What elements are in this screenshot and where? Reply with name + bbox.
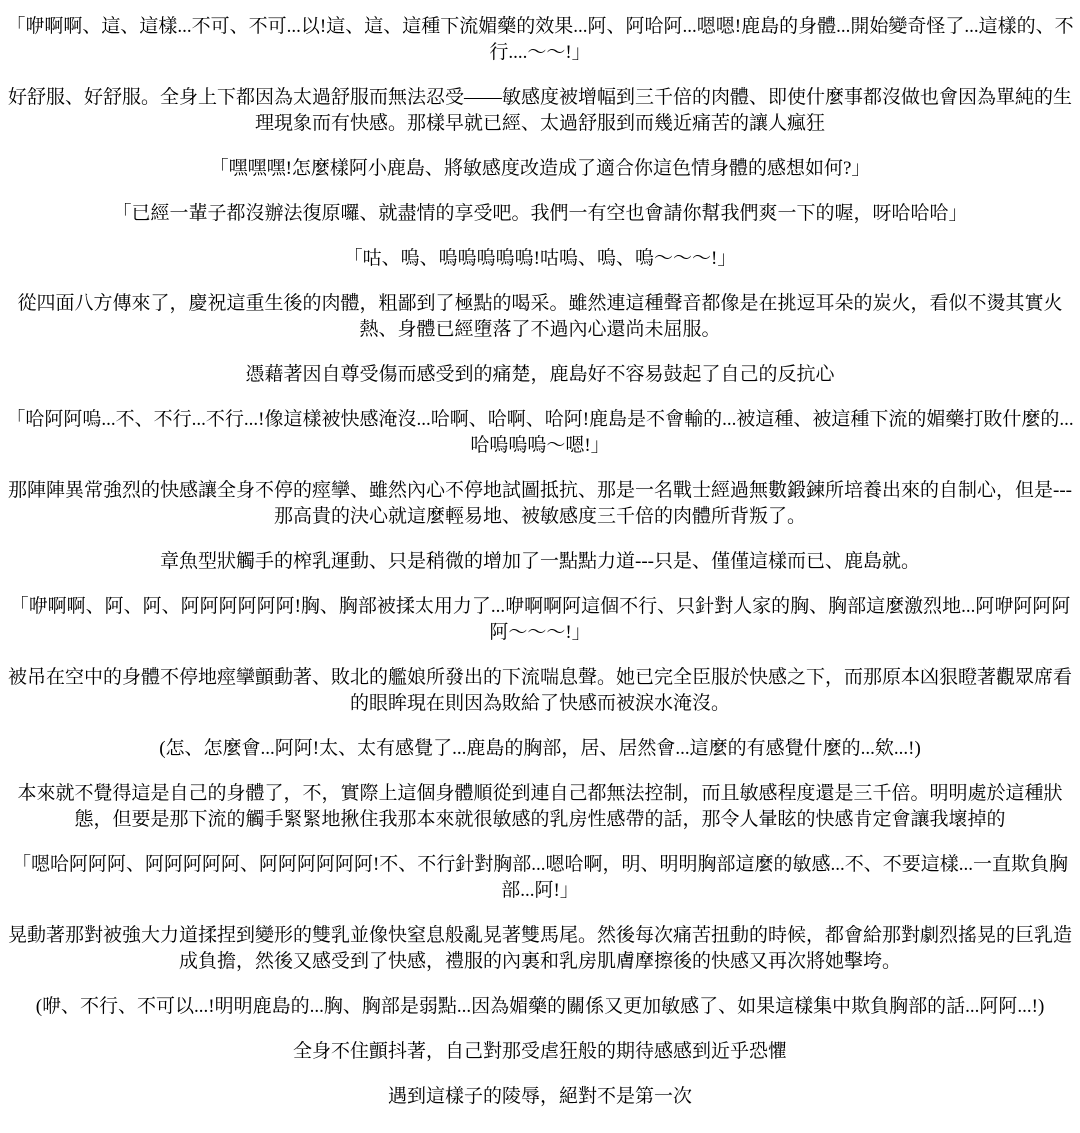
paragraph: 憑藉著因自尊受傷而感受到的痛楚，鹿島好不容易鼓起了自己的反抗心 [6,362,1074,388]
paragraph: 遇到這樣子的陵辱，絕對不是第一次 [6,1084,1074,1110]
paragraph: 「已經一輩子都沒辦法復原囉、就盡情的享受吧。我們一有空也會請你幫我們爽一下的喔，… [6,201,1074,227]
paragraph: (怎、怎麼會...阿阿!太、太有感覺了...鹿島的胸部，居、居然會...這麼的有… [6,736,1074,762]
paragraph: (咿、不行、不可以...!明明鹿島的...胸、胸部是弱點...因為媚藥的關係又更… [6,994,1074,1020]
paragraph: 從四面八方傳來了，慶祝這重生後的肉體，粗鄙到了極點的喝采。雖然連這種聲音都像是在… [6,291,1074,343]
paragraph: 「咕、嗚、嗚嗚嗚嗚嗚!咕嗚、嗚、嗚～～～!」 [6,246,1074,272]
paragraph: 被吊在空中的身體不停地痙攣顫動著、敗北的艦娘所發出的下流喘息聲。她已完全臣服於快… [6,665,1074,717]
paragraph: 好舒服、好舒服。全身上下都因為太過舒服而無法忍受——敏感度被增幅到三千倍的肉體、… [6,85,1074,137]
paragraph: 本來就不覺得這是自己的身體了，不，實際上這個身體順從到連自己都無法控制，而且敏感… [6,781,1074,833]
paragraph: 「哈阿阿嗚...不、不行...不行...!像這樣被快感淹沒...哈啊、哈啊、哈阿… [6,407,1074,459]
paragraph: 「咿啊啊、這、這樣...不可、不可...以!這、這、這種下流媚藥的效果...阿、… [6,14,1074,66]
paragraph: 「嗯哈阿阿阿、阿阿阿阿阿、阿阿阿阿阿阿!不、不行針對胸部...嗯哈啊，明、明明胸… [6,852,1074,904]
document-page: 「咿啊啊、這、這樣...不可、不可...以!這、這、這種下流媚藥的效果...阿、… [0,0,1080,1133]
paragraph: 那陣陣異常強烈的快感讓全身不停的痙攣、雖然內心不停地試圖抵抗、那是一名戰士經過無… [6,478,1074,530]
paragraph: 晃動著那對被強大力道揉捏到變形的雙乳並像快窒息般亂晃著雙馬尾。然後每次痛苦扭動的… [6,923,1074,975]
paragraph: 「嘿嘿嘿!怎麼樣阿小鹿島、將敏感度改造成了適合你這色情身體的感想如何?」 [6,156,1074,182]
paragraph: 章魚型狀觸手的榨乳運動、只是稍微的增加了一點點力道---只是、僅僅這樣而已、鹿島… [6,549,1074,575]
paragraph: 全身不住顫抖著，自己對那受虐狂般的期待感感到近乎恐懼 [6,1039,1074,1065]
paragraph: 「咿啊啊、阿、阿、阿阿阿阿阿阿!胸、胸部被揉太用力了...咿啊啊阿這個不行、只針… [6,594,1074,646]
